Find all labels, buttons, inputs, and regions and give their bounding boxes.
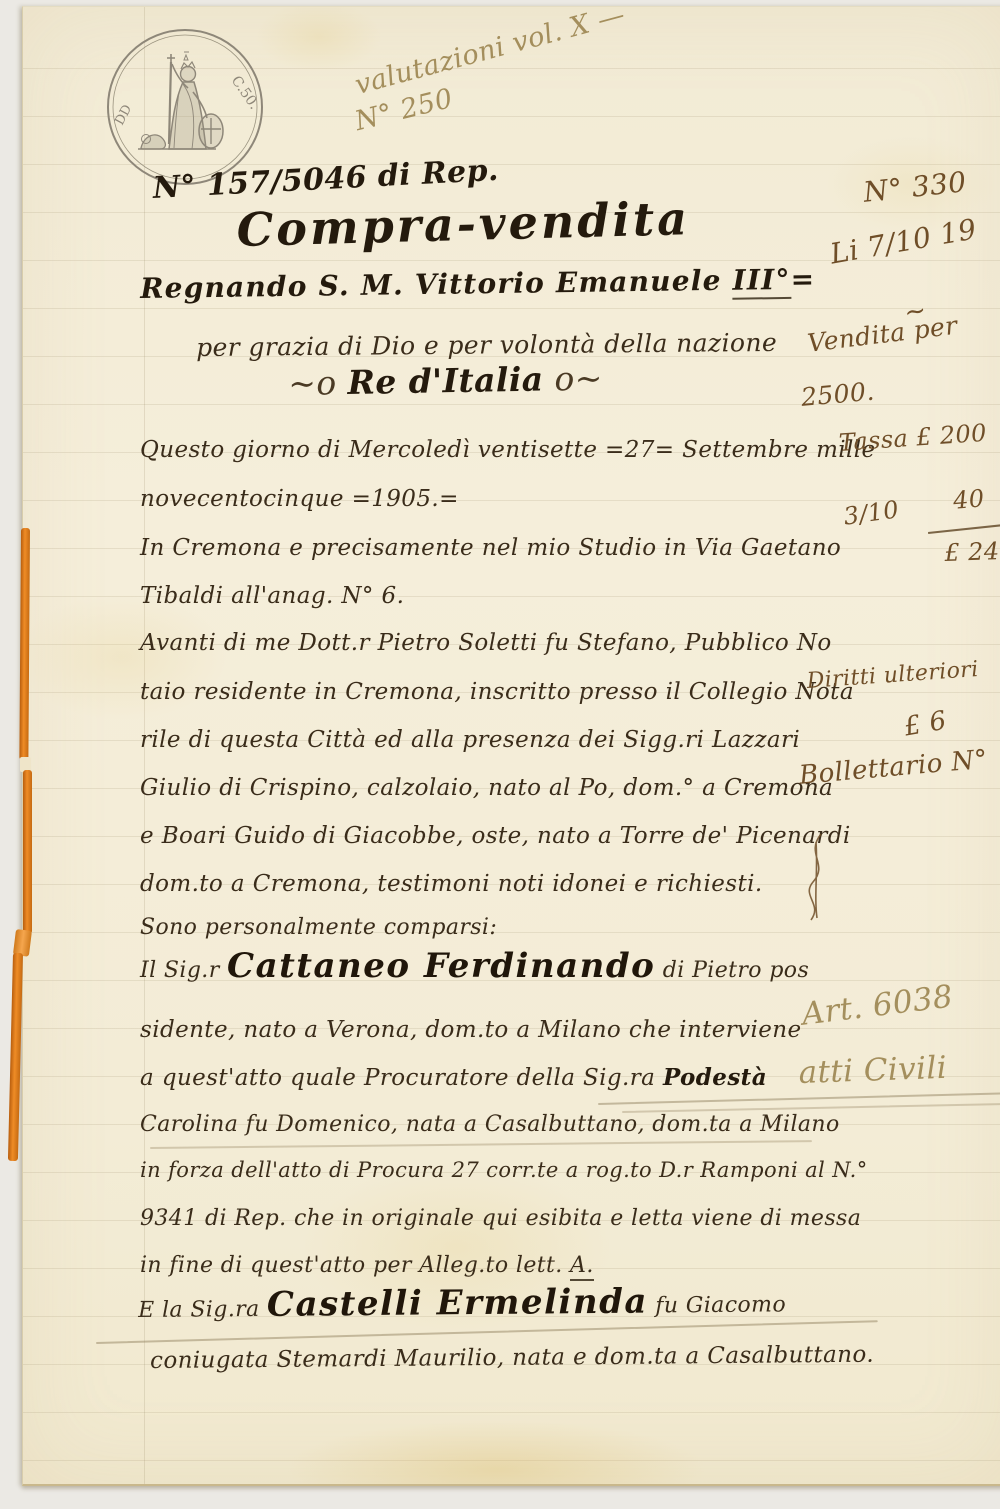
notary-paraph-flourish [795, 830, 845, 925]
figure-head [181, 67, 196, 82]
document-text-line: Carolina fu Domenico, nata a Casalbuttan… [140, 1113, 840, 1137]
document-text-line: In Cremona e precisamente nel mio Studio… [140, 536, 841, 561]
document-text-line: taio residente in Cremona, inscritto pre… [140, 680, 854, 705]
document-text-line: e Boari Guido di Giacobbe, oste, nato a … [140, 824, 851, 849]
document-text-line: 9341 di Rep. che in originale qui esibit… [140, 1207, 861, 1231]
text-segment: fu Giacomo [648, 1292, 786, 1318]
lion [141, 135, 165, 149]
binding-ribbon-bottom [8, 953, 23, 1161]
document-text-line: Il Sig.r Cattaneo Ferdinando di Pietro p… [140, 948, 809, 985]
document-text-line: Tibaldi all'anag. N° 6. [140, 584, 404, 609]
document-text-line: Avanti di me Dott.r Pietro Soletti fu St… [140, 631, 832, 656]
text-segment: Castelli Ermelinda [267, 1282, 648, 1325]
document-text-line: Giulio di Crispino, calzolaio, nato al P… [140, 776, 833, 801]
document-text-line: in fine di quest'atto per Alleg.to lett.… [140, 1254, 594, 1278]
binding-ribbon-middle [23, 770, 32, 934]
text-segment: Podestà [663, 1064, 767, 1091]
text-segment: in fine di quest'atto per Alleg.to lett. [140, 1253, 570, 1278]
binding-ribbon-top [19, 528, 30, 760]
document-text-line: novecentocinque =1905.= [140, 487, 459, 512]
document-text-line: in forza dell'atto di Procura 27 corr.te… [140, 1159, 868, 1182]
text-segment: A. [570, 1253, 594, 1281]
text-segment: Re d'Italia [347, 360, 544, 402]
seal-monogram: DD [112, 102, 135, 127]
document-text-line: per grazia di Dio e per volontà della na… [196, 329, 777, 362]
margin-note-addend: 40 [952, 485, 986, 514]
document-text-line: rile di questa Città ed alla presenza de… [140, 728, 800, 753]
text-segment: di Pietro pos [655, 958, 809, 983]
scanned-document-page: C.50. DD N° 157/5046 di Rep.Compra-vendi… [0, 0, 1000, 1509]
document-text-line: Compra-vendita [236, 193, 691, 255]
document-text-line: Sono personalmente comparsi: [140, 916, 497, 940]
document-text-line: ~o Re d'Italia o~ [288, 361, 603, 403]
document-text-line: a quest'atto quale Procuratore della Sig… [140, 1065, 767, 1091]
document-text-line: dom.to a Cremona, testimoni noti idonei … [140, 872, 763, 897]
text-segment: Cattaneo Ferdinando [227, 946, 655, 986]
text-segment: III° [732, 263, 791, 300]
document-text-line: E la Sig.ra Castelli Ermelinda fu Giacom… [138, 1282, 786, 1325]
text-segment: E la Sig.ra [138, 1297, 267, 1323]
star-finial [184, 52, 189, 60]
text-segment: = [790, 263, 815, 296]
text-segment: ~o [288, 363, 348, 403]
text-segment: a quest'atto quale Procuratore della Sig… [140, 1065, 663, 1091]
text-segment: Il Sig.r [140, 958, 227, 983]
pencil-note-atti-civili: atti Civili [798, 1051, 948, 1090]
text-segment: o~ [543, 359, 603, 399]
margin-note-total: £ 240 [944, 538, 1000, 567]
margin-note-amount: 2500. [800, 378, 876, 412]
document-text-line: sidente, nato a Verona, dom.to a Milano … [140, 1018, 802, 1043]
document-text-line: Questo giorno di Mercoledì ventisette =2… [140, 438, 876, 463]
